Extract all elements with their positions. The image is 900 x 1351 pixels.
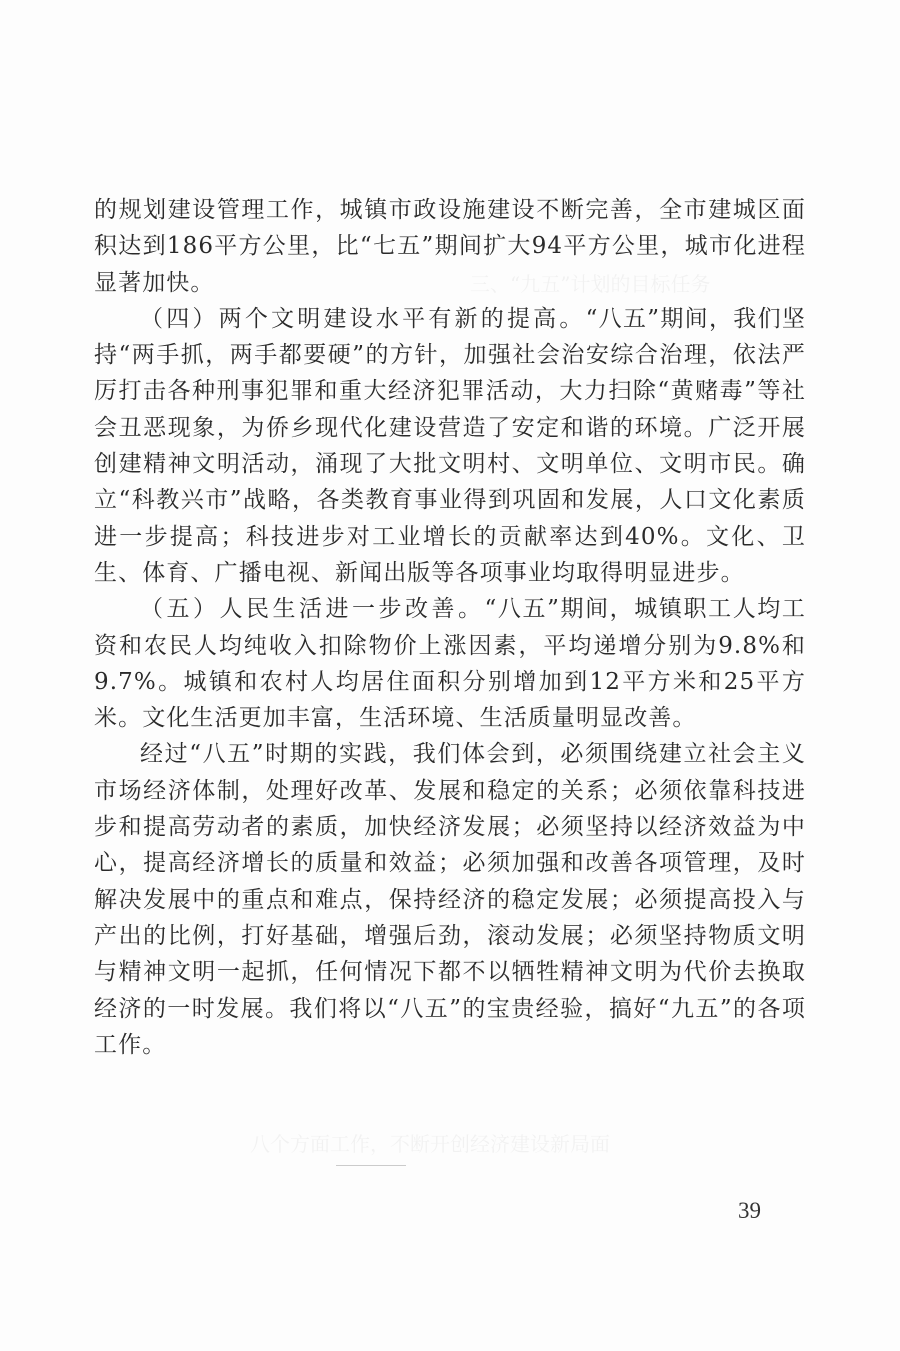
paragraph-living-standards: （五）人民生活进一步改善。“八五”期间，城镇职工人均工资和农民人均纯收入扣除物价… — [94, 591, 806, 736]
paragraph-experience-summary: 经过“八五”时期的实践，我们体会到，必须围绕建立社会主义市场经济体制，处理好改革… — [94, 736, 806, 1063]
scan-mark — [336, 1165, 406, 1166]
paragraph-text: 经过“八五”时期的实践，我们体会到，必须围绕建立社会主义市场经济体制，处理好改革… — [94, 741, 806, 1057]
document-page: 三、“九五”计划的目标任务 八个方面工作，不断开创经济建设新局面 的规划建设管理… — [0, 0, 900, 1351]
paragraph-text: 的规划建设管理工作，城镇市政设施建设不断完善，全市建城区面积达到186平方公里，… — [94, 197, 806, 296]
paragraph-urban-construction: 的规划建设管理工作，城镇市政设施建设不断完善，全市建城区面积达到186平方公里，… — [94, 192, 806, 301]
body-text: 的规划建设管理工作，城镇市政设施建设不断完善，全市建城区面积达到186平方公里，… — [94, 192, 806, 1063]
section-heading-five: （五）人民生活进一步改善。 — [140, 596, 485, 622]
paragraph-civilization: （四）两个文明建设水平有新的提高。“八五”期间，我们坚持“两手抓，两手都要硬”的… — [94, 301, 806, 591]
paragraph-text: “八五”期间，我们坚持“两手抓，两手都要硬”的方针，加强社会治安综合治理，依法严… — [94, 306, 806, 586]
section-heading-four: （四）两个文明建设水平有新的提高。 — [140, 306, 586, 332]
show-through-text: 八个方面工作，不断开创经济建设新局面 — [250, 1128, 610, 1157]
page-number: 39 — [738, 1198, 761, 1224]
